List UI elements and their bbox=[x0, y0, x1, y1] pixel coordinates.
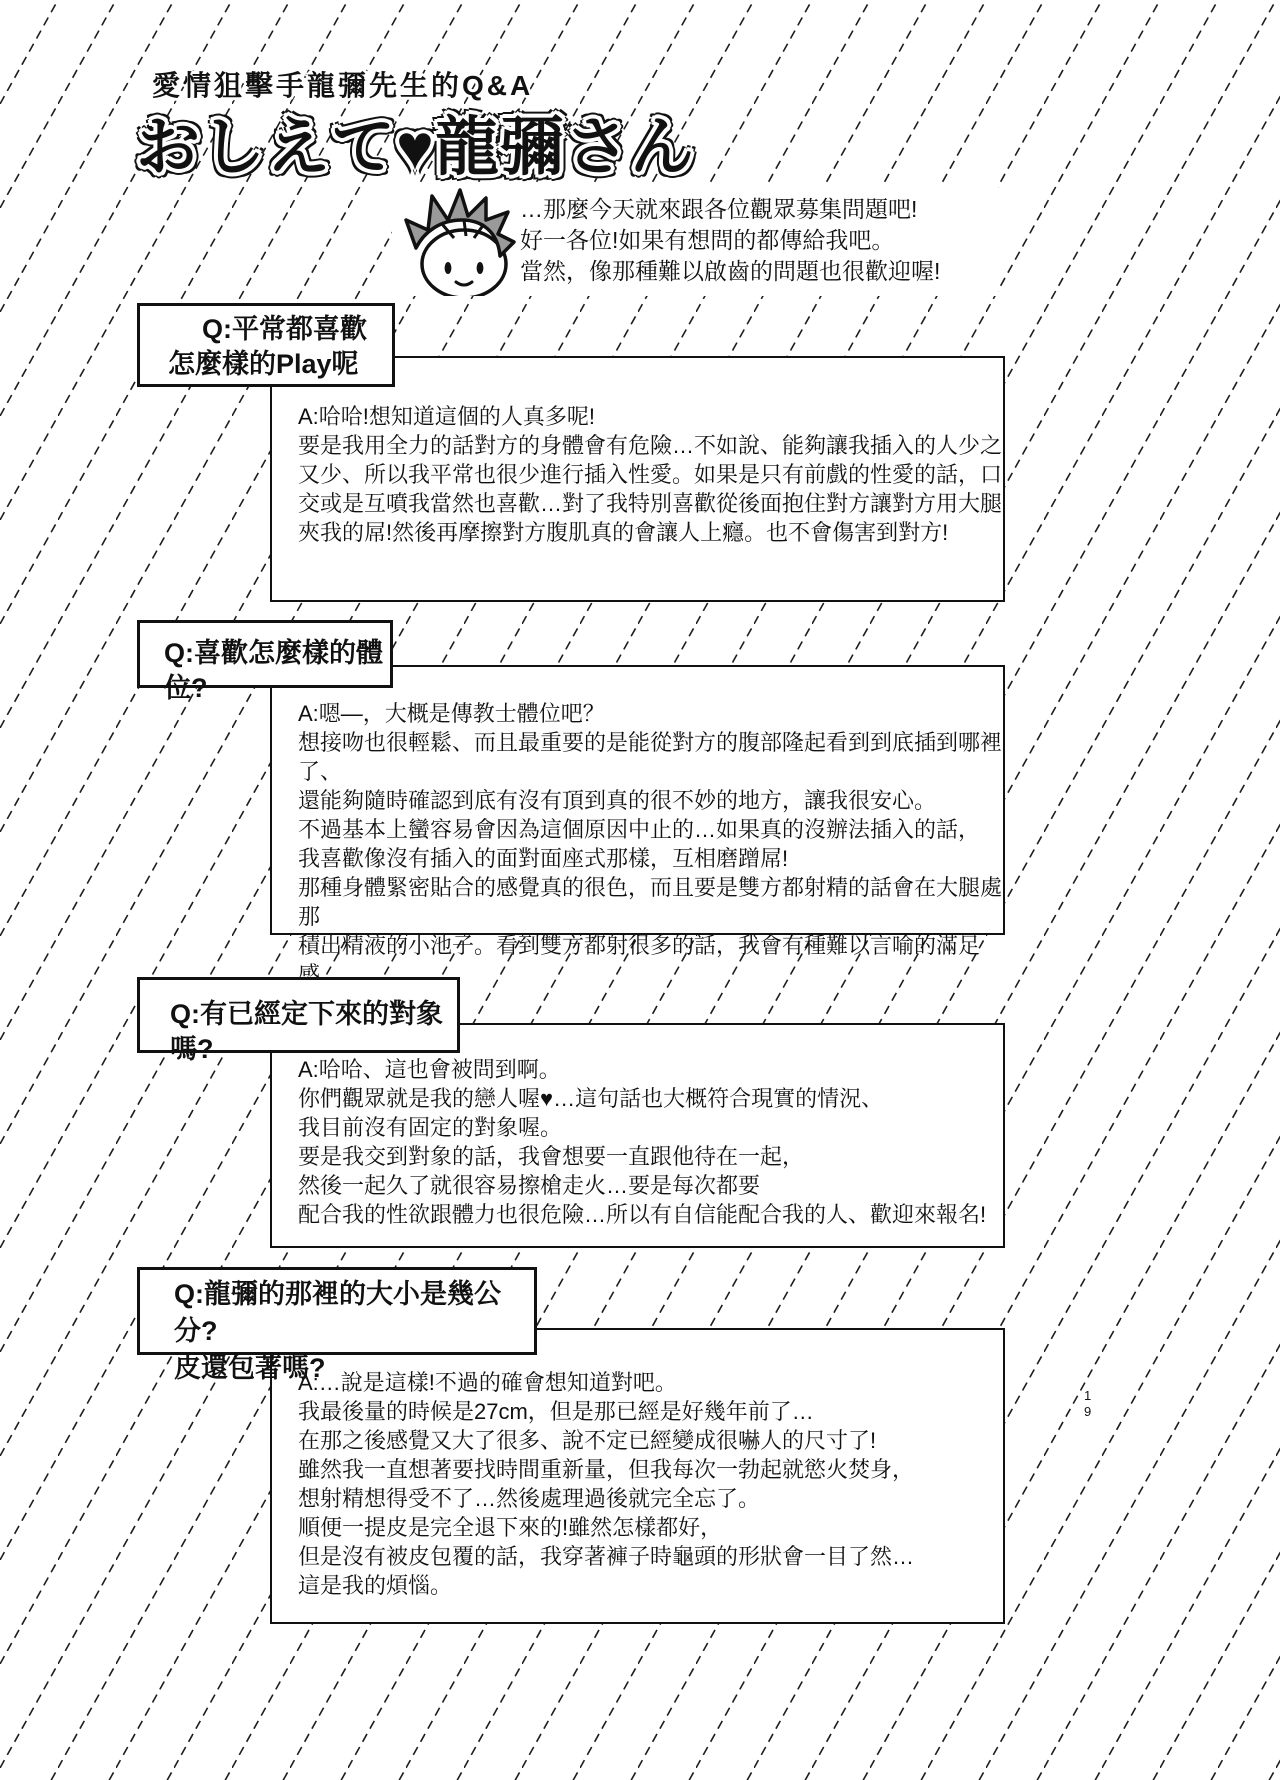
answer-text-4: A:…說是這樣!不過的確會想知道對吧。我最後量的時候是27cm，但是那已經是好幾… bbox=[298, 1368, 1003, 1600]
question-box-2: Q:喜歡怎麼樣的體位? bbox=[137, 620, 393, 688]
answer-text-1: A:哈哈!想知道這個的人真多呢!要是我用全力的話對方的身體會有危險…不如說、能夠… bbox=[298, 402, 1003, 547]
intro-text: …那麼今天就來跟各位觀眾募集問題吧!好一各位!如果有想問的都傳給我吧。當然，像那… bbox=[520, 194, 990, 287]
question-box-4: Q:龍彌的那裡的大小是幾公分?皮還包著嗎? bbox=[137, 1267, 537, 1355]
page-number: 19 bbox=[1084, 1388, 1091, 1420]
character-face-icon bbox=[402, 186, 520, 296]
answer-text-2: A:嗯—，大概是傳教士體位吧？想接吻也很輕鬆、而且最重要的是能從對方的腹部隆起看… bbox=[298, 699, 1003, 989]
question-box-1: Q:平常都喜歡怎麼樣的Play呢 bbox=[137, 303, 395, 387]
question-box-3: Q:有已經定下來的對象嗎? bbox=[137, 977, 460, 1053]
page-title: おしえて♥龍彌さん bbox=[136, 96, 695, 188]
answer-box-1: A:哈哈!想知道這個的人真多呢!要是我用全力的話對方的身體會有危險…不如說、能夠… bbox=[270, 356, 1005, 602]
answer-text-3: A:哈哈、這也會被問到啊。你們觀眾就是我的戀人喔♥…這句話也大概符合現實的情況、… bbox=[298, 1055, 1003, 1229]
